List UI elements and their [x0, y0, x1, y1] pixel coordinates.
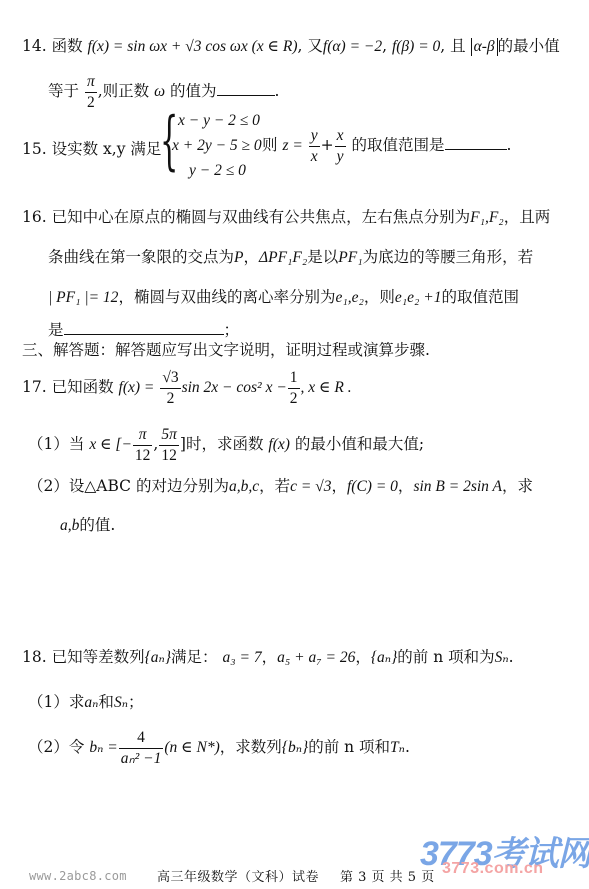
question-15: 15. 设实数 x,y 满足 — [22, 137, 161, 159]
fraction: π2 — [85, 74, 97, 110]
formula: f(x) = sin ωx + √3 cos ωx (x ∈ R) — [88, 38, 298, 55]
question-number: 15. — [22, 140, 47, 158]
question-number: 17. — [22, 378, 47, 396]
constraint-2: x + 2y − 5 ≥ 0 — [172, 137, 262, 155]
question-number: 14. — [22, 37, 47, 55]
question-16-line2: 条曲线在第一象限的交点为P，ΔPF₁F₂是以PF₁为底边的等腰三角形，若 — [48, 245, 533, 267]
question-16-line1: 16. 已知中心在原点的椭圆与双曲线有公共焦点，左右焦点分别为F₁,F₂，且两 — [22, 205, 550, 227]
footer-title: 高三年级数学（文科）试卷 — [157, 866, 319, 885]
question-17-part2-line2: a,b的值. — [60, 513, 115, 535]
question-14-line1: 14. 函数 f(x) = sin ωx + √3 cos ωx (x ∈ R)… — [22, 34, 560, 56]
question-number: 18. — [22, 648, 47, 666]
question-17-part2: （2）设△ABC 的对边分别为a,b,c，若c = √3，f(C) = 0，si… — [28, 474, 533, 496]
question-18-intro: 18. 已知等差数列{aₙ}满足： a₃ = 7，a₅ + a₇ = 26，{a… — [22, 645, 514, 667]
question-17-intro: 17. 已知函数 f(x) = √32sin 2x − cos² x −12, … — [22, 370, 352, 406]
section-heading: 三、解答题：解答题应写出文字说明，证明过程或演算步骤. — [22, 338, 430, 360]
question-number: 16. — [22, 208, 47, 226]
answer-blank[interactable] — [217, 83, 275, 96]
constraint-1: x − y − 2 ≤ 0 — [178, 112, 260, 130]
answer-blank[interactable] — [445, 137, 507, 150]
question-18-part2: （2）令 bₙ =4aₙ² −1(n ∈ N*)，求数列{bₙ}的前 n 项和T… — [28, 730, 410, 766]
question-15-objective: 则 z = yx+xy 的取值范围是. — [262, 128, 511, 164]
question-18-part1: （1）求aₙ和Sₙ； — [28, 690, 144, 712]
question-16-line4: 是； — [48, 318, 239, 340]
abs-value: α-β — [471, 38, 498, 56]
watermark-site: www.2abc8.com — [29, 869, 127, 883]
constraint-3: y − 2 ≤ 0 — [189, 162, 246, 180]
question-16-line3: | PF₁ |= 12，椭圆与双曲线的离心率分别为e₁,e₂，则e₁e₂ +1的… — [48, 285, 519, 307]
question-17-part1: （1）当 x ∈ [−π12,5π12]时，求函数 f(x) 的最小值和最大值; — [28, 427, 424, 463]
footer-page: 第 3 页 共 5 页 — [340, 866, 435, 885]
answer-blank[interactable] — [64, 322, 224, 335]
watermark-url: 3773.com.cn — [442, 860, 544, 878]
